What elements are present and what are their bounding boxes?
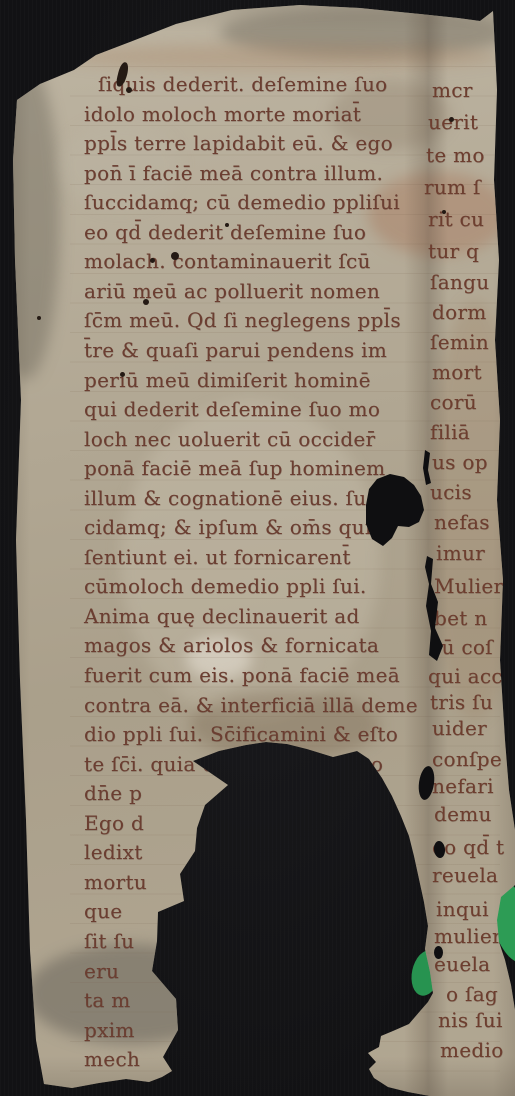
line-text: pon̄ ī faciē meā contra illum. [84,161,383,185]
manuscript-line: periū meū dimiſerit hominē [84,366,416,396]
manuscript-line-fragment: mort [432,358,482,386]
manuscript-line-fragment: o ſag [446,980,498,1008]
line-text: Ego d [84,811,144,835]
manuscript-line: ppl̄s terre lapidabit eū. & ego [84,129,416,159]
manuscript-line: ſiquis dederit. deſemine ſuo [84,70,430,100]
line-text: ledixt [84,840,143,864]
line-text: t̄re & quaſi parui pendens im [84,338,387,362]
manuscript-line-fragment: nis ſui [438,1006,503,1034]
manuscript-line: ſit ſu [84,927,416,957]
line-text: mortu [84,870,147,894]
manuscript-line-fragment: rum ſ [424,173,481,201]
line-text: ſiquis dederit. deſemine ſuo [98,72,388,96]
line-text-fragment: ſuo [350,750,383,780]
ink-speck [143,299,149,305]
manuscript-photo: ſiquis dederit. deſemine ſuoidolo moloch… [0,0,515,1096]
line-text: cidamq; & ipſum & om̄s quic [84,515,383,539]
manuscript-line: ſentiunt ei. ut fornicarent̄ [84,543,416,573]
line-text: mech [84,1047,140,1071]
manuscript-line: ſc̄m meū. Qd ſi neglegens ppl̄s [84,306,416,336]
line-text: illum & cognationē eius. ſuc [84,486,378,510]
ink-speck [171,252,179,260]
line-text: Anima quę declinauerit ad [84,604,360,628]
manuscript-line-fragment: ſemin [430,328,489,356]
manuscript-line-fragment: reuela [432,861,498,889]
manuscript-line-fragment: mcr [432,76,473,104]
manuscript-line: idolo moloch morte moriat̄ [84,100,416,130]
manuscript-line-fragment: filiā [430,418,470,446]
manuscript-line: ariū meū ac polluerit nomen [84,277,416,307]
ink-speck [120,372,125,377]
line-text: que [84,899,122,923]
line-text: pxim [84,1018,135,1042]
line-text: cūmoloch demedio ppli ſui. [84,574,367,598]
manuscript-line-fragment: nefari [432,772,494,800]
manuscript-line: ſuccidamq; cū demedio ppliſui [84,188,416,218]
line-text: ta m [84,988,130,1012]
line-text: dn̄e p [84,781,142,805]
line-text: loch nec uoluerit cū occider̄ [84,427,375,451]
manuscript-line: qui dederit deſemine ſuo mo [84,395,416,425]
manuscript-line: molach. contaminauerit ſcū [84,247,416,277]
line-text: qui dederit deſemine ſuo mo [84,397,380,421]
ink-speck [442,210,446,214]
line-text: ſit ſu [84,929,134,953]
manuscript-line-fragment: corū [430,388,477,416]
ink-speck [126,87,132,93]
manuscript-line: Anima quę declinauerit ad [84,602,416,632]
ink-speck [37,316,41,320]
manuscript-line: pon̄ ī faciē meā contra illum. [84,159,416,189]
left-text-column: ſiquis dederit. deſemine ſuoidolo moloch… [84,70,416,1080]
line-text: periū meū dimiſerit hominē [84,368,371,392]
manuscript-line-fragment: ucis [430,478,472,506]
manuscript-line-fragment: ſangu [430,268,489,296]
manuscript-line-fragment: conſpe [432,745,502,773]
manuscript-line: ledixt [84,838,416,868]
manuscript-line-fragment: qui acc [428,662,503,690]
ink-speck [150,258,155,263]
manuscript-line: Ego d [84,809,416,839]
manuscript-line-fragment: uider [432,714,487,742]
manuscript-line-fragment: medio [440,1036,504,1064]
manuscript-line: cūmoloch demedio ppli ſui. [84,572,416,602]
manuscript-line: que [84,897,416,927]
manuscript-line-fragment: demu [434,800,492,828]
line-text: ſuccidamq; cū demedio ppliſui [84,190,400,214]
manuscript-line: mortu [84,868,416,898]
manuscript-line: mech [84,1045,416,1075]
line-text: fuerit cum eis. ponā faciē meā [84,663,400,687]
manuscript-line: eo qd̄ dederit deſemine ſuo [84,218,416,248]
line-text: ariū meū ac polluerit nomen [84,279,380,303]
line-text: te ſc̄i. quia e [84,752,214,776]
manuscript-line-fragment: te mo [426,141,485,169]
line-text: contra eā. & interficiā illā deme [84,693,418,717]
tear-small-c [434,946,443,959]
manuscript-line: eru [84,957,416,987]
manuscript-line: fuerit cum eis. ponā faciē meā [84,661,416,691]
manuscript-line-fragment: tur q [428,237,479,265]
manuscript-line: pxim [84,1016,416,1046]
manuscript-line: ponā faciē meā ſup hominem [84,454,416,484]
manuscript-line-fragment: bet n [434,604,487,632]
manuscript-line: dn̄e p [84,779,416,809]
manuscript-line-fragment: tris ſu [430,688,493,716]
ink-speck [449,117,454,122]
line-text: dio ppli ſui. Sc̄ificamini & eſto [84,722,398,746]
manuscript-line-fragment: us op [432,448,488,476]
manuscript-line-fragment: mulier [434,922,502,950]
manuscript-line-fragment: rit cu [428,205,484,233]
parchment-fragment: ſiquis dederit. deſemine ſuoidolo moloch… [0,0,515,1096]
line-text: eru [84,959,119,983]
line-text: ſc̄m meū. Qd ſi neglegens ppl̄s [84,308,401,332]
manuscript-line-fragment: Mulier [434,572,503,600]
manuscript-line: te ſc̄i. quia eſuo [84,750,416,780]
manuscript-line: magos & ariolos & fornicata [84,631,416,661]
manuscript-line-fragment: inqui [436,895,489,923]
ink-speck [225,223,229,227]
manuscript-line-fragment: imur [436,539,485,567]
manuscript-line-fragment: nefas [434,508,490,536]
manuscript-line: t̄re & quaſi parui pendens im [84,336,416,366]
line-text: ſentiunt ei. ut fornicarent̄ [84,545,351,569]
line-text: ppl̄s terre lapidabit eū. & ego [84,131,393,155]
line-text: idolo moloch morte moriat̄ [84,102,361,126]
manuscript-line-fragment: dorm [432,298,487,326]
manuscript-line: loch nec uoluerit cū occider̄ [84,425,416,455]
manuscript-line: ta m [84,986,416,1016]
manuscript-line: contra eā. & interficiā illā deme [84,691,416,721]
manuscript-line: dio ppli ſui. Sc̄ificamini & eſto [84,720,416,750]
line-text: ponā faciē meā ſup hominem [84,456,385,480]
manuscript-line-fragment: uerit [428,108,478,136]
line-text: molach. contaminauerit ſcū [84,249,371,273]
line-text: magos & ariolos & fornicata [84,633,379,657]
